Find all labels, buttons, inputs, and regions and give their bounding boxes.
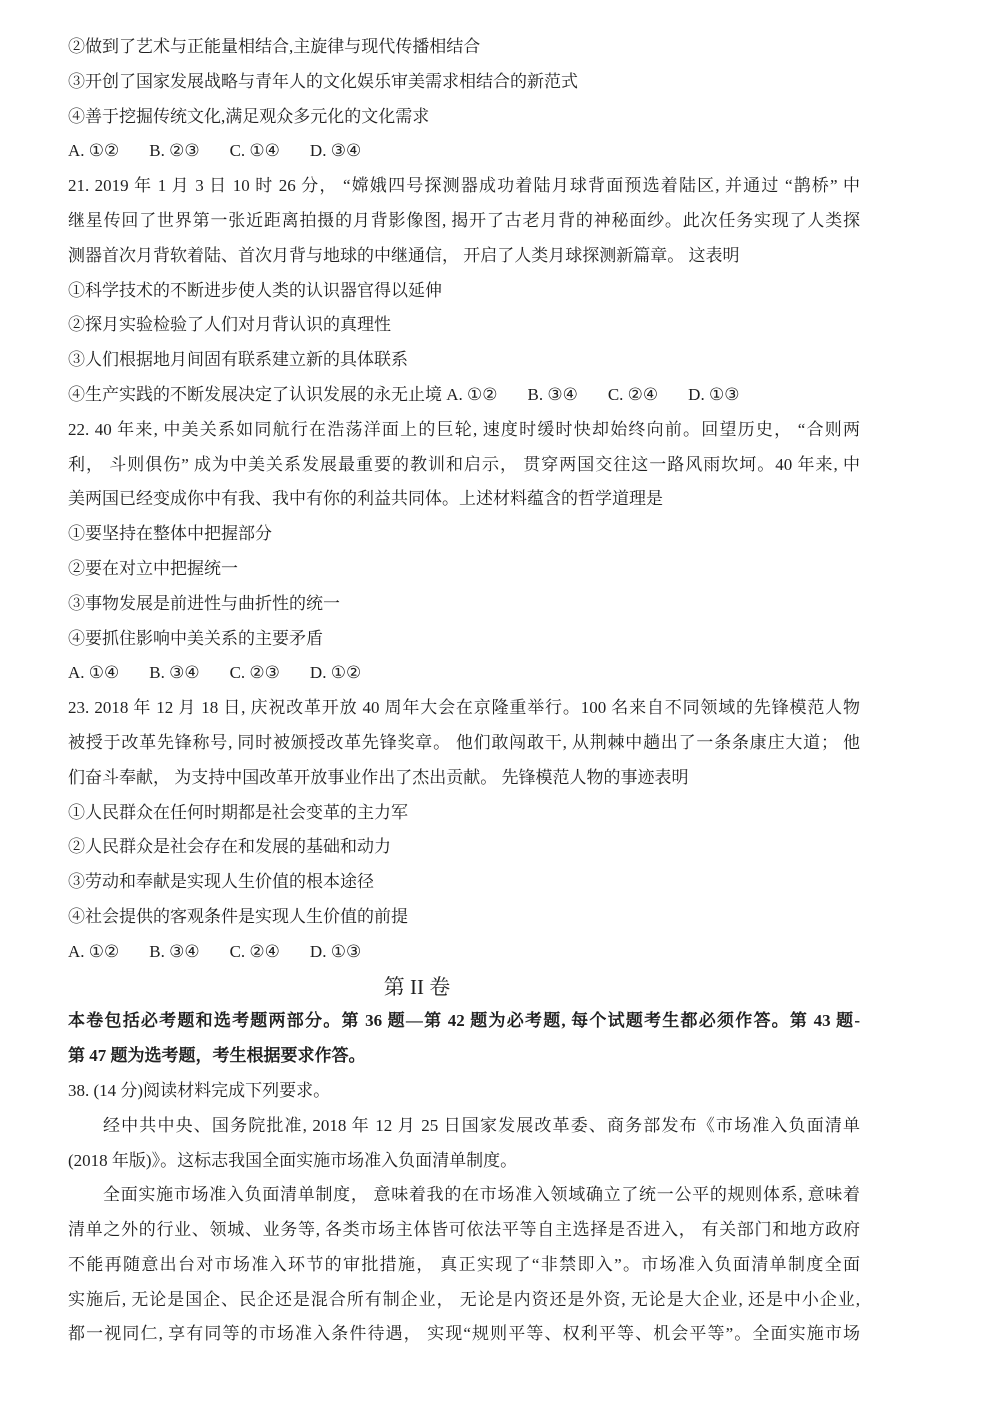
text-line: 们奋斗奉献， 为支持中国改革开放事业作出了杰出贡献。 先锋模范人物的事迹表明 bbox=[68, 761, 860, 796]
line-text: ④社会提供的客观条件是实现人生价值的前提 bbox=[68, 907, 408, 926]
text-line: 23. 2018 年 12 月 18 日, 庆祝改革开放 40 周年大会在京隆重… bbox=[68, 691, 860, 726]
text-line: ②做到了艺术与正能量相结合,主旋律与现代传播相结合 bbox=[68, 30, 860, 65]
text-line: 清单之外的行业、领城、业务等, 各类市场主体皆可依法平等自主选择是否进入， 有关… bbox=[68, 1213, 860, 1248]
answer-options-line: A. ①②B. ③④C. ②④D. ①③ bbox=[68, 935, 860, 970]
option-label: C. ②④ bbox=[230, 942, 280, 961]
option-label: B. ②③ bbox=[149, 141, 199, 160]
line-text: 23. 2018 年 12 月 18 日, 庆祝改革开放 40 周年大会在京隆重… bbox=[68, 698, 860, 717]
text-line: 都一视同仁, 享有同等的市场准入条件待遇， 实现“规则平等、权利平等、机会平等”… bbox=[68, 1317, 860, 1352]
text-line: 38. (14 分)阅读材料完成下列要求。 bbox=[68, 1074, 860, 1109]
text-line: ③事物发展是前进性与曲折性的统一 bbox=[68, 587, 860, 622]
line-text: 22. 40 年来, 中美关系如同航行在浩荡洋面上的巨轮, 速度时缓时快却始终向… bbox=[68, 420, 860, 439]
text-line: ③开创了国家发展战略与青年人的文化娱乐审美需求相结合的新范式 bbox=[68, 65, 860, 100]
line-text: ④要抓住影响中美关系的主要矛盾 bbox=[68, 629, 323, 648]
text-line: 美两国已经变成你中有我、我中有你的利益共同体。上述材料蕴含的哲学道理是 bbox=[68, 482, 860, 517]
line-text: 21. 2019 年 1 月 3 日 10 时 26 分， “嫦娥四号探测器成功… bbox=[68, 176, 860, 195]
option-label: B. ③④ bbox=[149, 942, 199, 961]
line-text: ③开创了国家发展战略与青年人的文化娱乐审美需求相结合的新范式 bbox=[68, 72, 578, 91]
option-label: B. ③④ bbox=[149, 663, 199, 682]
text-line: ②要在对立中把握统一 bbox=[68, 552, 860, 587]
line-text: 被授于改革先锋称号, 同时被颁授改革先锋奖章。 他们敢闯敢干, 从荆棘中趟出了一… bbox=[68, 733, 860, 752]
text-line: 继星传回了世界第一张近距离拍摄的月背影像图, 揭开了古老月背的神秘面纱。此次任务… bbox=[68, 204, 860, 239]
section-title: 第 II 卷 bbox=[68, 970, 860, 1005]
text-line: 经中共中央、国务院批准, 2018 年 12 月 25 日国家发展改革委、商务部… bbox=[68, 1109, 860, 1144]
exam-text-column: ②做到了艺术与正能量相结合,主旋律与现代传播相结合③开创了国家发展战略与青年人的… bbox=[68, 30, 860, 1352]
line-text: 实施后, 无论是国企、民企还是混合所有制企业， 无论是内资还是外资, 无论是大企… bbox=[68, 1290, 860, 1309]
exam-paper-page: ②做到了艺术与正能量相结合,主旋律与现代传播相结合③开创了国家发展战略与青年人的… bbox=[0, 0, 992, 1403]
text-line: ②人民群众是社会存在和发展的基础和动力 bbox=[68, 830, 860, 865]
line-text: ②探月实验检验了人们对月背认识的真理性 bbox=[68, 315, 391, 334]
answer-options-line: A. ①④B. ③④C. ②③D. ①② bbox=[68, 656, 860, 691]
option-label: B. ③④ bbox=[528, 385, 578, 404]
option-label: D. ①③ bbox=[688, 385, 739, 404]
line-text: 继星传回了世界第一张近距离拍摄的月背影像图, 揭开了古老月背的神秘面纱。此次任务… bbox=[68, 211, 860, 230]
line-text: ①人民群众在任何时期都是社会变革的主力军 bbox=[68, 803, 408, 822]
line-text: ③人们根据地月间固有联系建立新的具体联系 bbox=[68, 350, 408, 369]
line-text: 都一视同仁, 享有同等的市场准入条件待遇， 实现“规则平等、权利平等、机会平等”… bbox=[68, 1324, 860, 1343]
line-text: 全面实施市场准入负面清单制度， 意味着我的在市场准入领域确立了统一公平的规则体系… bbox=[103, 1185, 860, 1204]
text-line: ③劳动和奉献是实现人生价值的根本途径 bbox=[68, 865, 860, 900]
text-line: 本卷包括必考题和选考题两部分。第 36 题—第 42 题为必考题, 每个试题考生… bbox=[68, 1004, 860, 1039]
text-line: 22. 40 年来, 中美关系如同航行在浩荡洋面上的巨轮, 速度时缓时快却始终向… bbox=[68, 413, 860, 448]
line-text: ②做到了艺术与正能量相结合,主旋律与现代传播相结合 bbox=[68, 37, 480, 56]
text-line: 被授于改革先锋称号, 同时被颁授改革先锋奖章。 他们敢闯敢干, 从荆棘中趟出了一… bbox=[68, 726, 860, 761]
line-text: 美两国已经变成你中有我、我中有你的利益共同体。上述材料蕴含的哲学道理是 bbox=[68, 489, 663, 508]
text-line: ③人们根据地月间固有联系建立新的具体联系 bbox=[68, 343, 860, 378]
option-label: A. ①④ bbox=[68, 663, 119, 682]
text-line: 21. 2019 年 1 月 3 日 10 时 26 分， “嫦娥四号探测器成功… bbox=[68, 169, 860, 204]
text-line: ①人民群众在任何时期都是社会变革的主力军 bbox=[68, 796, 860, 831]
text-line: 第 47 题为选考题，考生根据要求作答。 bbox=[68, 1039, 860, 1074]
line-text: 清单之外的行业、领城、业务等, 各类市场主体皆可依法平等自主选择是否进入， 有关… bbox=[68, 1220, 860, 1239]
text-line: 利， 斗则俱伤” 成为中美关系发展最重要的教训和启示， 贯穿两国交往这一路风雨坎… bbox=[68, 448, 860, 483]
text-line: ④善于挖掘传统文化,满足观众多元化的文化需求 bbox=[68, 100, 860, 135]
line-text: ②要在对立中把握统一 bbox=[68, 559, 238, 578]
line-text: 不能再随意出台对市场准入环节的审批措施， 真正实现了“非禁即入”。市场准入负面清… bbox=[68, 1255, 860, 1274]
option-label: C. ②③ bbox=[230, 663, 280, 682]
option-label: ④生产实践的不断发展决定了认识发展的永无止境 A. ①② bbox=[68, 385, 498, 404]
text-line: 不能再随意出台对市场准入环节的审批措施， 真正实现了“非禁即入”。市场准入负面清… bbox=[68, 1248, 860, 1283]
line-text: ④善于挖掘传统文化,满足观众多元化的文化需求 bbox=[68, 107, 429, 126]
text-line: (2018 年版)》。这标志我国全面实施市场准入负面清单制度。 bbox=[68, 1144, 860, 1179]
text-line: ②探月实验检验了人们对月背认识的真理性 bbox=[68, 308, 860, 343]
text-line: 实施后, 无论是国企、民企还是混合所有制企业， 无论是内资还是外资, 无论是大企… bbox=[68, 1283, 860, 1318]
text-line: ④社会提供的客观条件是实现人生价值的前提 bbox=[68, 900, 860, 935]
line-text: 们奋斗奉献， 为支持中国改革开放事业作出了杰出贡献。 先锋模范人物的事迹表明 bbox=[68, 768, 689, 787]
text-line: ④要抓住影响中美关系的主要矛盾 bbox=[68, 622, 860, 657]
option-label: C. ①④ bbox=[230, 141, 280, 160]
line-text: 经中共中央、国务院批准, 2018 年 12 月 25 日国家发展改革委、商务部… bbox=[103, 1116, 860, 1135]
text-line: ①科学技术的不断进步使人类的认识器官得以延伸 bbox=[68, 274, 860, 309]
answer-options-line: ④生产实践的不断发展决定了认识发展的永无止境 A. ①②B. ③④C. ②④D.… bbox=[68, 378, 860, 413]
line-text: ③事物发展是前进性与曲折性的统一 bbox=[68, 594, 340, 613]
option-label: A. ①② bbox=[68, 141, 119, 160]
line-text: ③劳动和奉献是实现人生价值的根本途径 bbox=[68, 872, 374, 891]
text-line: 测器首次月背软着陆、首次月背与地球的中继通信， 开启了人类月球探测新篇章。 这表… bbox=[68, 239, 860, 274]
line-text: 本卷包括必考题和选考题两部分。第 36 题—第 42 题为必考题, 每个试题考生… bbox=[68, 1011, 860, 1030]
line-text: ②人民群众是社会存在和发展的基础和动力 bbox=[68, 837, 391, 856]
option-label: D. ①② bbox=[310, 663, 361, 682]
option-label: D. ③④ bbox=[310, 141, 361, 160]
line-text: 第 II 卷 bbox=[384, 975, 451, 999]
line-text: ①科学技术的不断进步使人类的认识器官得以延伸 bbox=[68, 281, 442, 300]
line-text: 利， 斗则俱伤” 成为中美关系发展最重要的教训和启示， 贯穿两国交往这一路风雨坎… bbox=[68, 455, 860, 474]
line-text: 测器首次月背软着陆、首次月背与地球的中继通信， 开启了人类月球探测新篇章。 这表… bbox=[68, 246, 740, 265]
option-label: D. ①③ bbox=[310, 942, 361, 961]
option-label: C. ②④ bbox=[608, 385, 658, 404]
line-text: ①要坚持在整体中把握部分 bbox=[68, 524, 272, 543]
option-label: A. ①② bbox=[68, 942, 119, 961]
line-text: (2018 年版)》。这标志我国全面实施市场准入负面清单制度。 bbox=[68, 1151, 517, 1170]
line-text: 38. (14 分)阅读材料完成下列要求。 bbox=[68, 1081, 330, 1100]
text-line: 全面实施市场准入负面清单制度， 意味着我的在市场准入领域确立了统一公平的规则体系… bbox=[68, 1178, 860, 1213]
answer-options-line: A. ①②B. ②③C. ①④D. ③④ bbox=[68, 134, 860, 169]
text-line: ①要坚持在整体中把握部分 bbox=[68, 517, 860, 552]
line-text: 第 47 题为选考题，考生根据要求作答。 bbox=[68, 1046, 366, 1065]
